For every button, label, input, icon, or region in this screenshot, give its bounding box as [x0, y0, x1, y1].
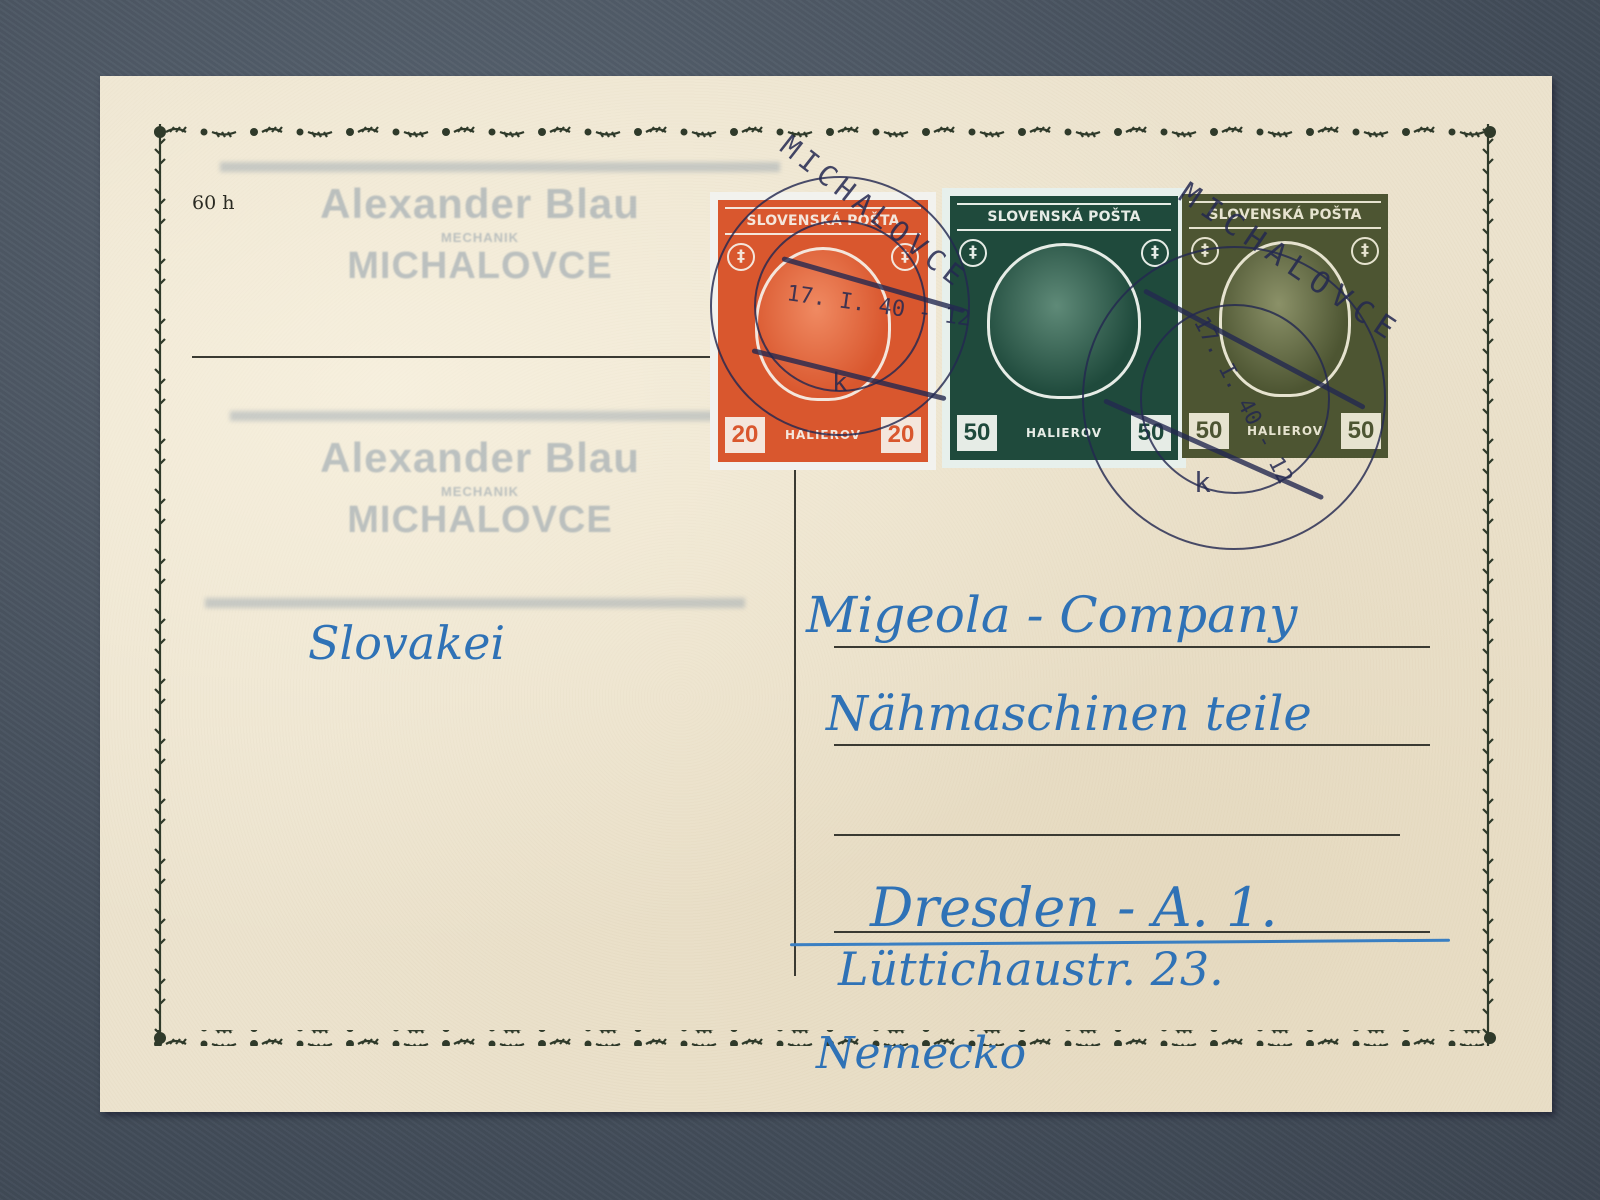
faint-stamp-bar [205, 598, 745, 608]
address-rule [834, 744, 1430, 746]
sender-stamp-1: Alexander Blau MECHANIK MICHALOVCE [240, 180, 720, 288]
handwritten-origin: Slovakei [308, 616, 505, 670]
postmark-1: 17. I. 40 - 12 k [710, 176, 970, 436]
address-line-street: Lüttichaustr. 23. [838, 942, 1224, 996]
denomination-label: 60 h [192, 192, 234, 214]
address-line-country: Nemecko [816, 1028, 1026, 1079]
sender-rule [192, 356, 714, 358]
sender-city: MICHALOVCE [240, 499, 720, 542]
address-line-1: Migeola - Company [806, 586, 1297, 644]
stamp-country: SLOVENSKÁ POŠTA [957, 205, 1171, 229]
sender-name: Alexander Blau [240, 434, 720, 482]
sender-profession: MECHANIK [240, 230, 720, 245]
stamp-value: 50 [957, 415, 997, 451]
address-rule [834, 834, 1400, 836]
address-line-2: Nähmaschinen teile [826, 686, 1312, 742]
postmark-letter: k [1194, 466, 1211, 499]
sender-name: Alexander Blau [240, 180, 720, 228]
faint-stamp-bar [220, 162, 780, 172]
faint-stamp-bar [230, 411, 750, 421]
address-rule [834, 646, 1430, 648]
stamp-value: 20 [725, 417, 765, 453]
postcard: 60 h Alexander Blau MECHANIK MICHALOVCE … [100, 76, 1552, 1112]
address-line-city: Dresden - A. 1. [870, 876, 1278, 939]
address-divider [794, 466, 796, 976]
sender-profession: MECHANIK [240, 484, 720, 499]
sender-stamp-2: Alexander Blau MECHANIK MICHALOVCE [240, 434, 720, 542]
double-cross-icon: ‡ [1351, 237, 1379, 265]
sender-city: MICHALOVCE [240, 245, 720, 288]
